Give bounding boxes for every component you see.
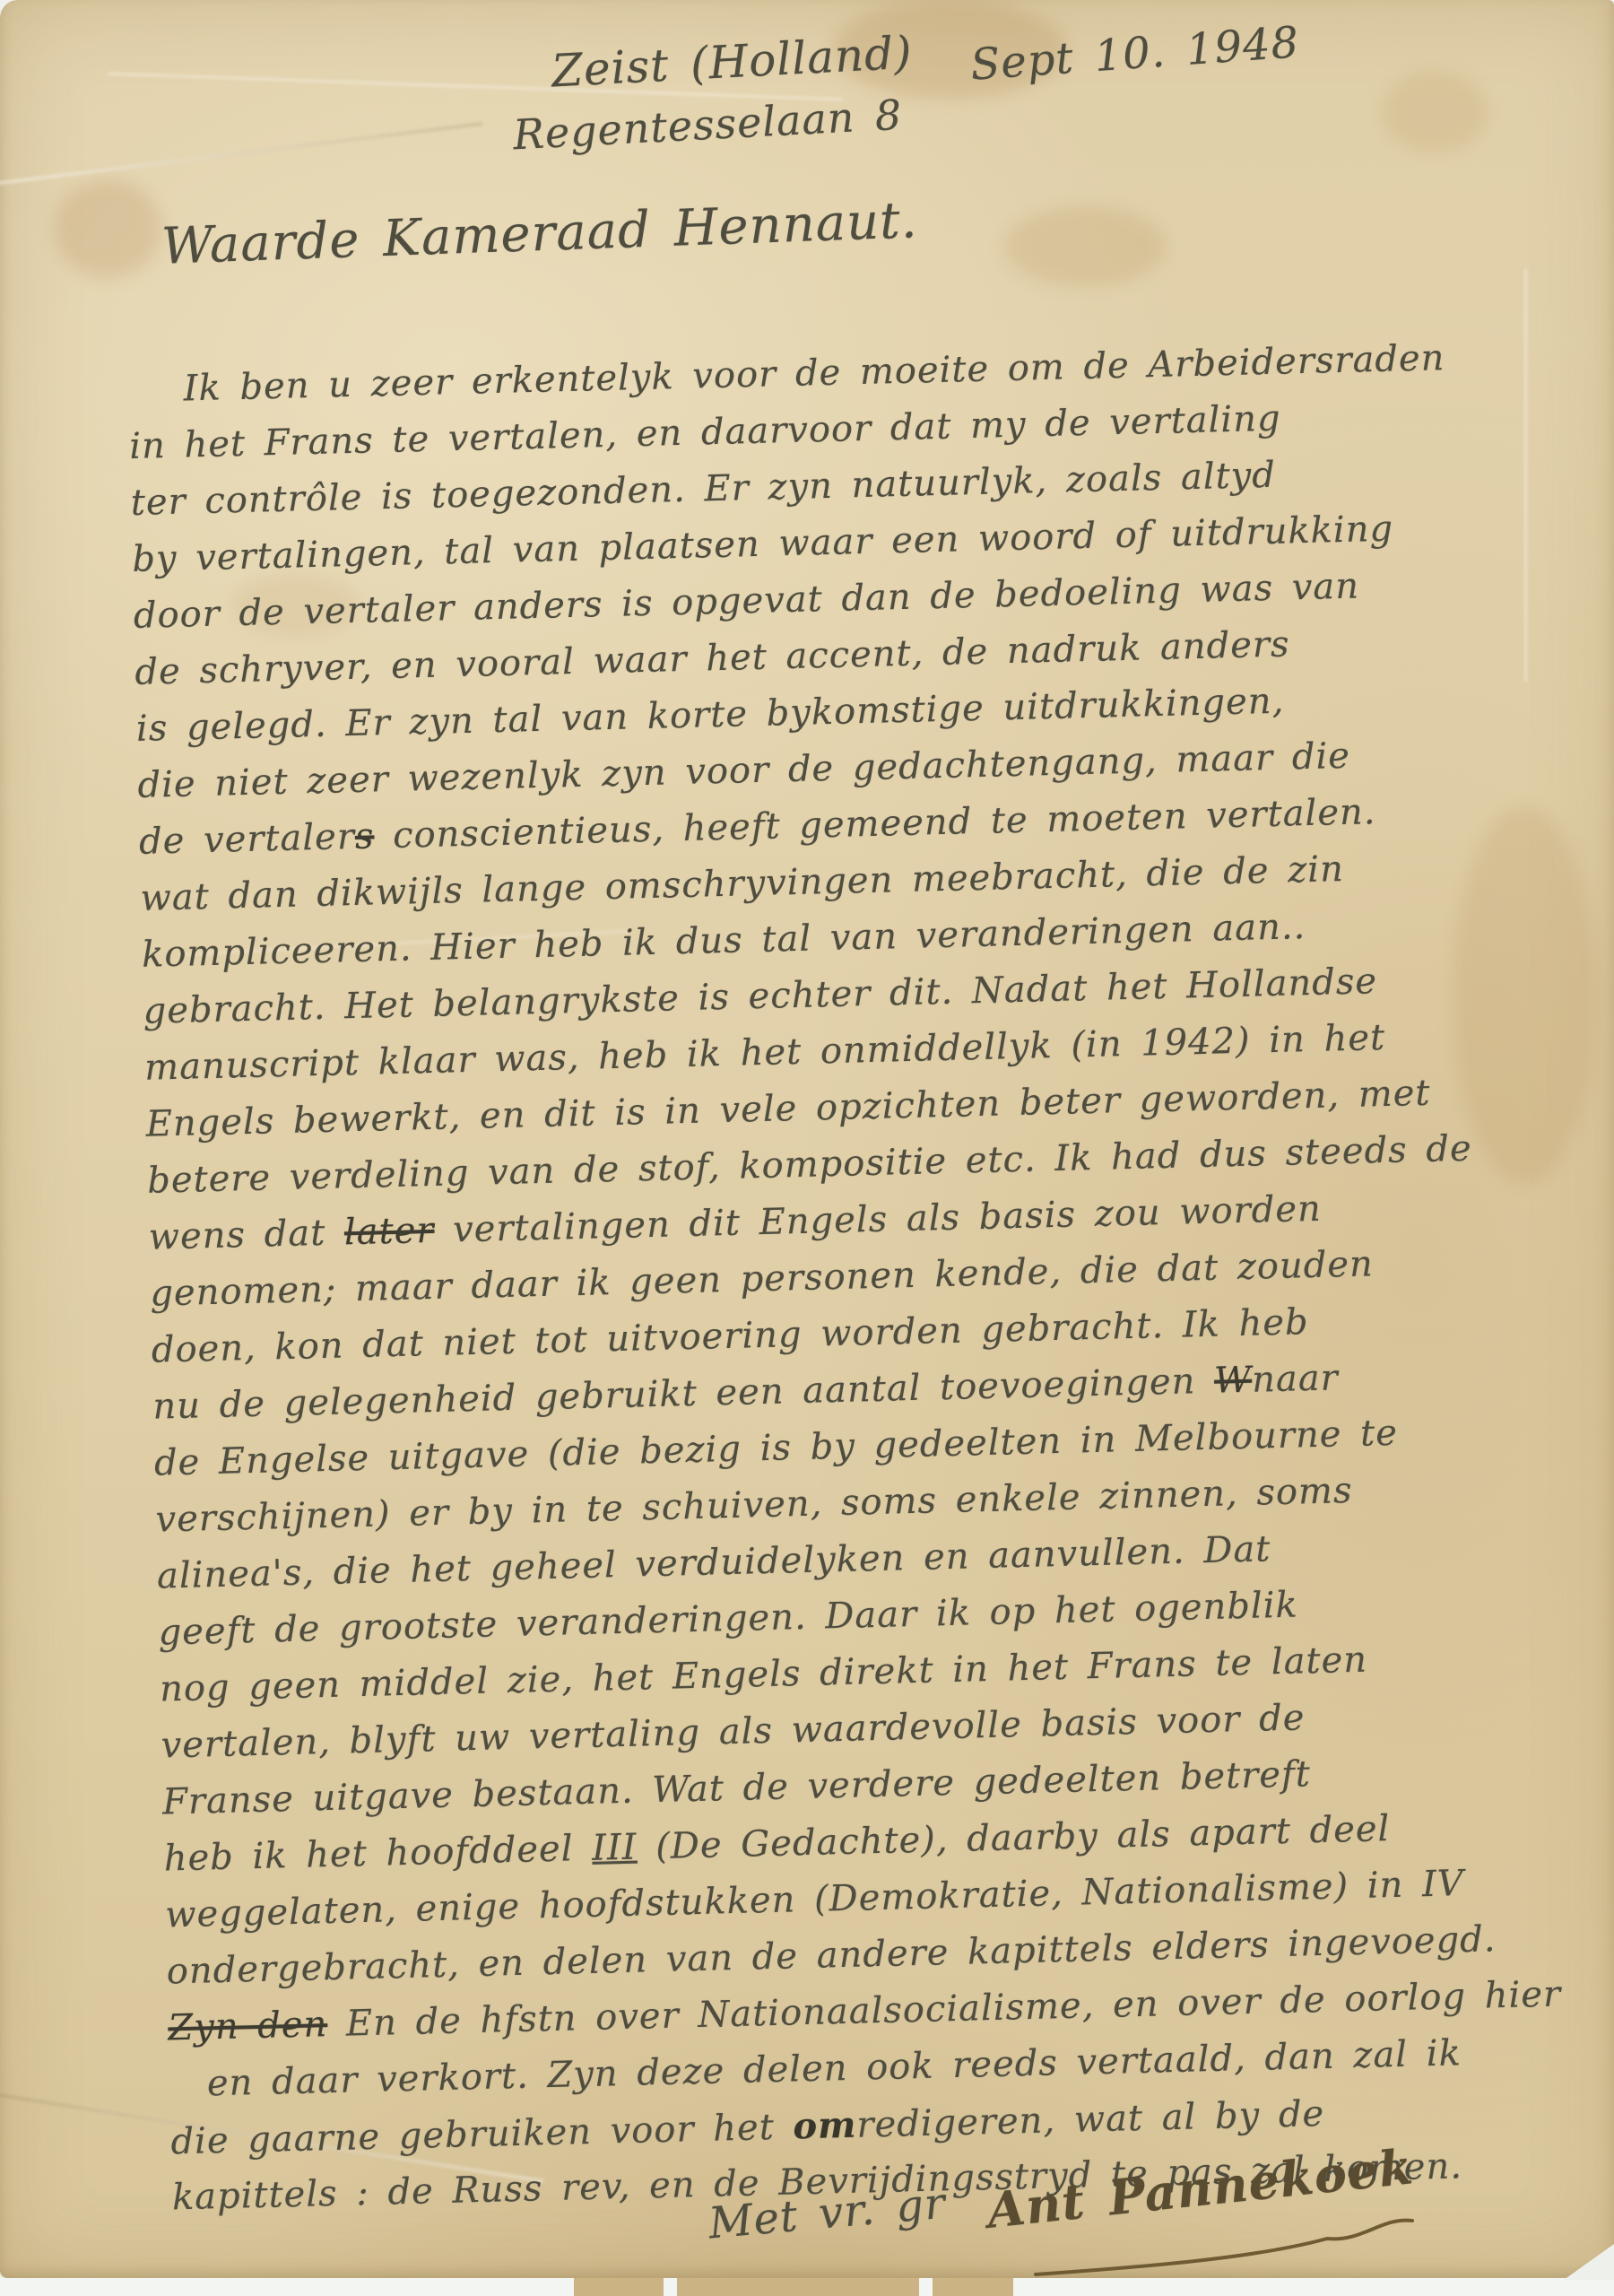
line-segment: om <box>793 2104 857 2148</box>
struck-text: Zyn den <box>168 2004 328 2048</box>
line-segment: wens dat <box>148 1212 344 1257</box>
paper-stain <box>1004 206 1166 287</box>
scan-edge-fragment <box>933 2278 1013 2296</box>
line-segment: (De Gedachte), daarby als apart deel <box>637 1808 1391 1868</box>
struck-text: W <box>1214 1360 1253 1402</box>
letter-body: Ik ben u zeer erkentelyk voor de moeite … <box>127 326 1614 2226</box>
struck-text: s <box>354 815 375 857</box>
line-segment: de vertaler <box>139 816 356 863</box>
scan-edge-fragment <box>677 2278 919 2296</box>
line-segment: redigeren, wat al by de <box>856 2093 1325 2146</box>
paper-stain <box>1381 72 1488 152</box>
line-segment: naar <box>1252 1357 1340 1400</box>
line-segment: III <box>592 1827 638 1869</box>
line-segment: die gaarne gebruiken voor het <box>170 2106 794 2162</box>
line-segment: heb ik het hoofddeel <box>163 1828 592 1880</box>
scan-edge-fragment <box>574 2278 664 2296</box>
struck-text: later <box>343 1210 435 1253</box>
scan-background-strip <box>0 2278 1614 2296</box>
paper-stain <box>54 179 161 278</box>
signature-flourish <box>1031 2215 1417 2278</box>
